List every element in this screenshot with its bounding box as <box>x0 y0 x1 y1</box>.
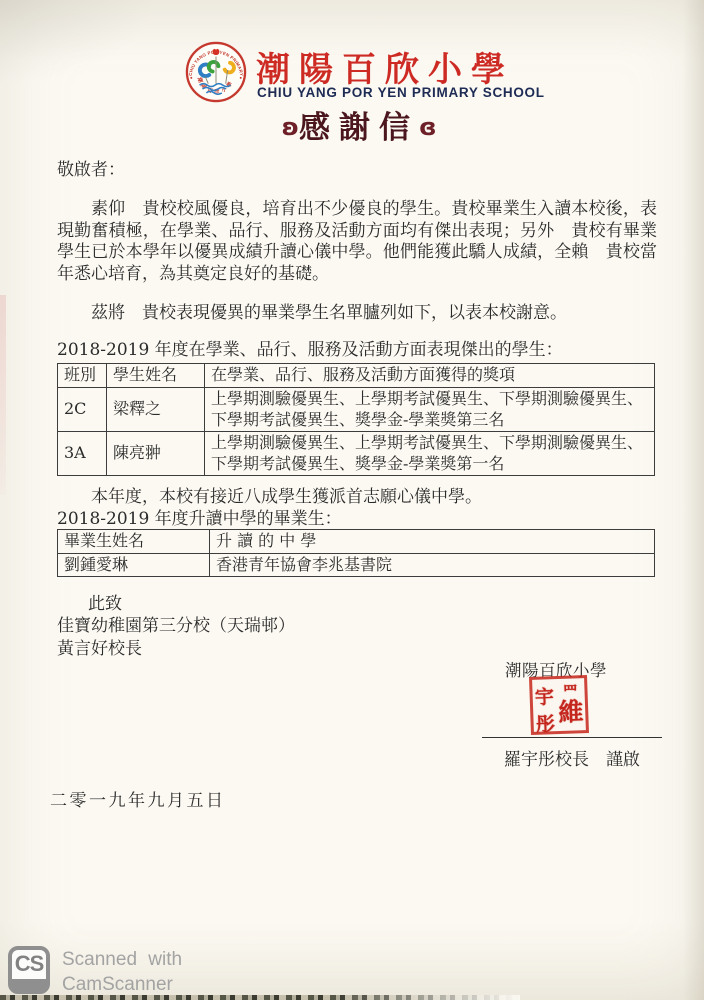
table-row: 2C 梁釋之 上學期測驗優異生、上學期考試優異生、下學期測驗優異生、下學期考試優… <box>58 388 655 432</box>
closing-cizhi: 此致 <box>88 594 122 616</box>
table-row: 劉鍾愛琳 香港青年協會李兆基書院 <box>58 553 655 577</box>
stamp-left-column: 宇 彤 <box>532 679 557 732</box>
watermark-line2: CamScanner <box>62 972 182 997</box>
scan-bottom-edge <box>0 995 520 1000</box>
closing-recipient-principal: 黃言好校長 <box>57 639 142 661</box>
table-header-row: 班別 學生姓名 在學業、品行、服務及活動方面獲得的獎項 <box>58 364 655 388</box>
stamp-right-column: 罒 維 <box>555 678 585 731</box>
table-cell-awards: 上學期測驗優異生、上學期考試優異生、下學期測驗優異生、下學期考試優異生、獎學金-… <box>205 432 655 476</box>
school-name-chinese: 潮陽百欣小學 <box>256 42 514 91</box>
table-cell-name: 陳亮翀 <box>107 432 205 476</box>
table-header-cell: 在學業、品行、服務及活動方面獲得的獎項 <box>205 364 655 388</box>
table-row: 3A 陳亮翀 上學期測驗優異生、上學期考試優異生、下學期測驗優異生、下學期考試優… <box>58 432 655 476</box>
table2-caption: 2018-2019 年度升讀中學的畢業生： <box>57 509 342 531</box>
table-header-row: 畢業生姓名 升 讀 的 中 學 <box>58 530 655 554</box>
table-cell-name: 劉鍾愛琳 <box>58 553 210 577</box>
scanned-letter-page: CHIU YANG POR YEN PRIMARY SCHOOL 潮 陽 百 欣… <box>0 0 704 1000</box>
stamp-char: 彤 <box>535 709 555 737</box>
salutation: 敬啟者： <box>57 160 125 182</box>
camscanner-icon: CS <box>8 946 50 994</box>
closing-recipient: 佳寶幼稚園第三分校（天瑞邨） <box>57 616 295 638</box>
scan-edge-smudge <box>0 295 6 495</box>
table-header-cell: 畢業生姓名 <box>58 530 210 554</box>
school-logo-icon: CHIU YANG POR YEN PRIMARY SCHOOL 潮 陽 百 欣… <box>185 41 247 103</box>
title-ornament-left-icon: ʚ <box>281 113 299 141</box>
table-cell-class: 2C <box>58 388 107 432</box>
table-cell-awards: 上學期測驗優異生、上學期考試優異生、下學期測驗優異生、下學期考試優異生、獎學金-… <box>205 388 655 432</box>
table-cell-name: 梁釋之 <box>107 388 205 432</box>
letter-title-text: 感謝信 <box>299 110 419 146</box>
table-header-cell: 升 讀 的 中 學 <box>210 530 655 554</box>
table-header-cell: 班別 <box>58 364 107 388</box>
watermark-line1: Scanned with <box>62 947 182 972</box>
camscanner-icon-label: CS <box>15 951 44 977</box>
outstanding-students-table: 班別 學生姓名 在學業、品行、服務及活動方面獲得的獎項 2C 梁釋之 上學期測驗… <box>57 363 655 476</box>
title-ornament-right-icon: ɞ <box>419 113 437 141</box>
school-name-english: CHIU YANG POR YEN PRIMARY SCHOOL <box>257 85 545 100</box>
principal-seal-stamp: 宇 彤 罒 維 <box>529 675 589 735</box>
paragraph-1: 素仰 貴校校風優良，培育出不少優良的學生。貴校畢業生入讀本校後，表現勤奮積極，在… <box>57 199 657 285</box>
table1-caption: 2018-2019 年度在學業、品行、服務及活動方面表現傑出的學生： <box>57 340 563 362</box>
letter-title: ʚ感謝信ɞ <box>0 102 704 147</box>
graduates-table: 畢業生姓名 升 讀 的 中 學 劉鍾愛琳 香港青年協會李兆基書院 <box>57 529 655 577</box>
stamp-char: 維 <box>558 699 584 725</box>
table-cell-class: 3A <box>58 432 107 476</box>
signature-line <box>482 737 662 738</box>
camscanner-watermark: Scanned with CamScanner <box>62 947 182 997</box>
table-header-cell: 學生姓名 <box>107 364 205 388</box>
paragraph-2: 茲將 貴校表現優異的畢業學生名單臚列如下，以表本校謝意。 <box>57 303 657 325</box>
paragraph-3: 本年度，本校有接近八成學生獲派首志願心儀中學。 <box>57 487 657 509</box>
stamp-char: 宇 <box>534 682 554 710</box>
signature-signoff: 羅宇彤校長 謹啟 <box>482 745 662 770</box>
table-cell-school: 香港青年協會李兆基書院 <box>210 553 655 577</box>
letter-date: 二零一九年九月五日 <box>50 786 226 811</box>
